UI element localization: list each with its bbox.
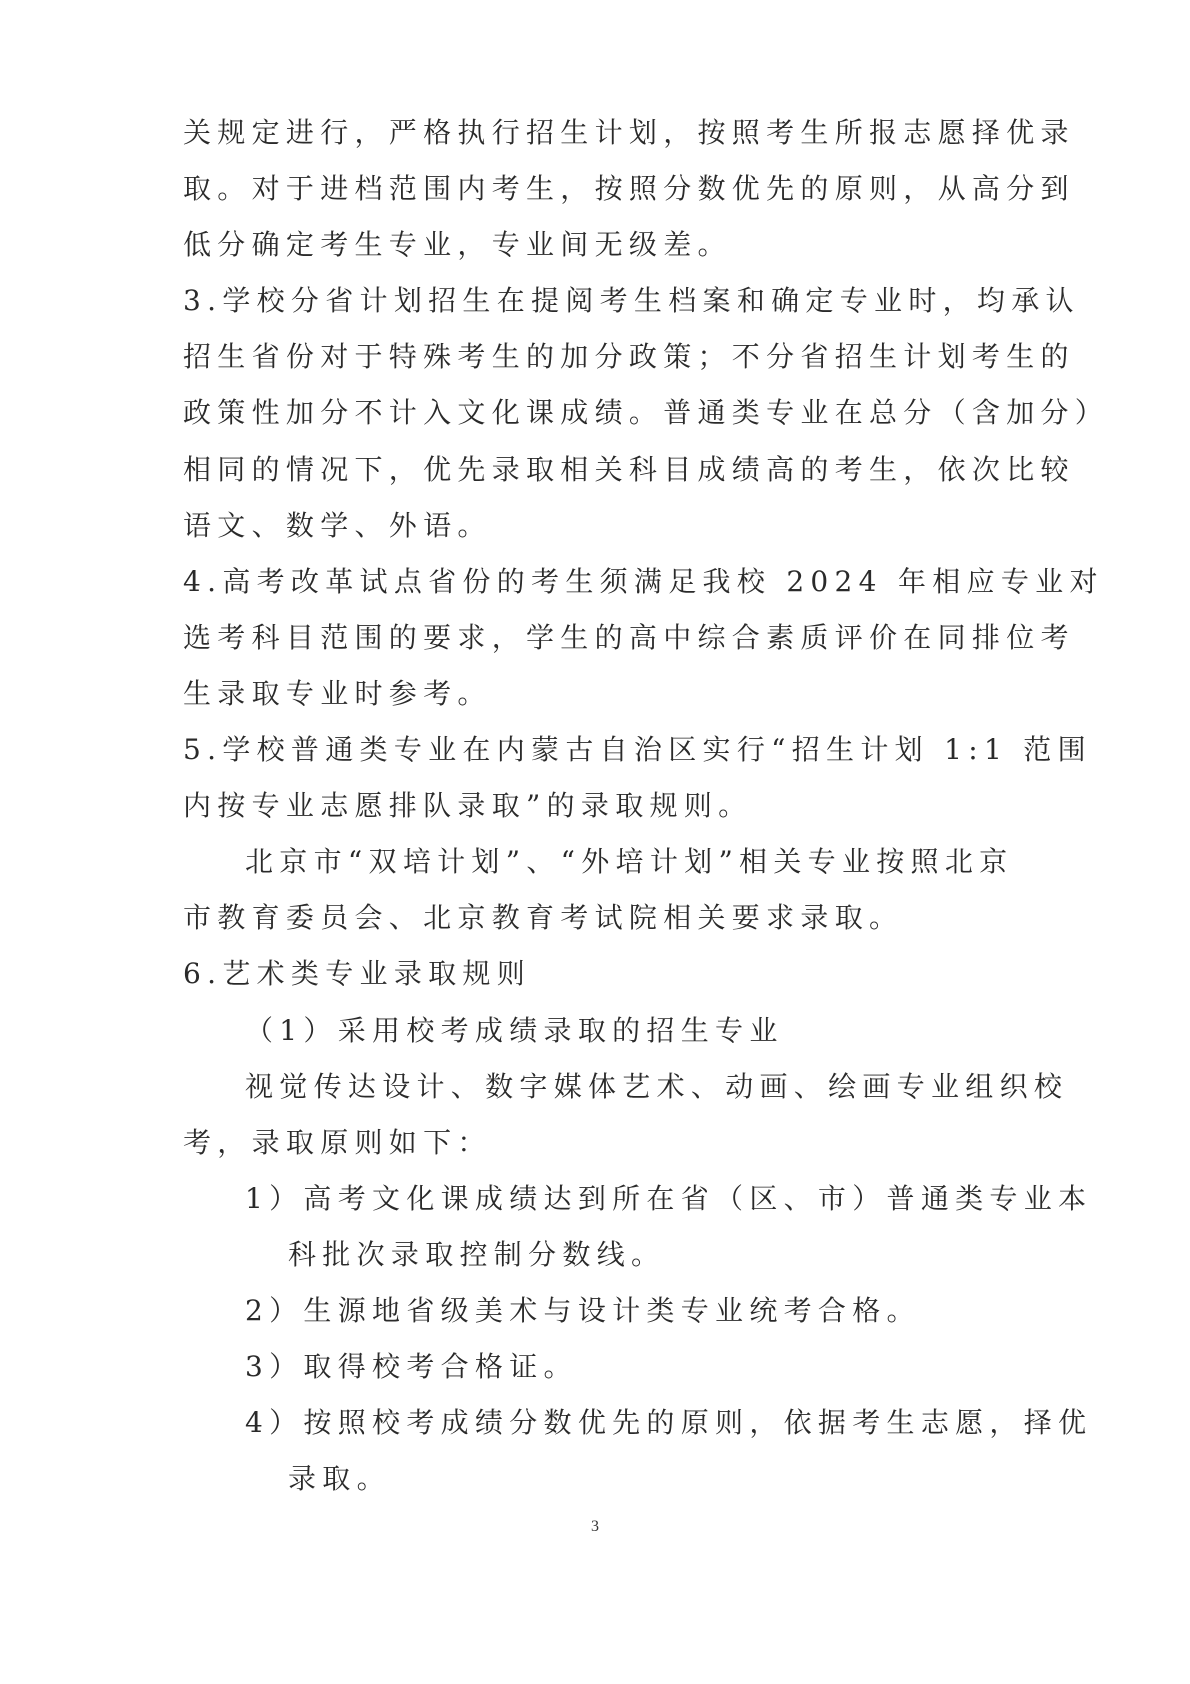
- text-line: 市教育委员会、北京教育考试院相关要求录取。: [183, 890, 1009, 946]
- subsection-1-heading: （1）采用校考成绩录取的招生专业: [183, 1003, 1009, 1059]
- text-line: 取。对于进档范围内考生，按照分数优先的原则，从高分到: [183, 161, 1009, 217]
- text-line: 考，录取原则如下：: [183, 1115, 1009, 1171]
- list-item-2: 2）生源地省级美术与设计类专业统考合格。: [183, 1283, 1009, 1339]
- page-number: 3: [0, 1518, 1190, 1536]
- text-line: 语文、数学、外语。: [183, 498, 1009, 554]
- document-page: 关规定进行，严格执行招生计划，按照考生所报志愿择优录 取。对于进档范围内考生，按…: [0, 0, 1190, 1684]
- text-line: 低分确定考生专业，专业间无级差。: [183, 217, 1009, 273]
- beijing-paragraph-line: 北京市“双培计划”、“外培计划”相关专业按照北京: [183, 834, 1009, 890]
- text-line: 关规定进行，严格执行招生计划，按照考生所报志愿择优录: [183, 105, 1009, 161]
- text-line: 选考科目范围的要求，学生的高中综合素质评价在同排位考: [183, 610, 1009, 666]
- list-item-4-continuation: 录取。: [183, 1451, 1009, 1507]
- list-item-4: 4）按照校考成绩分数优先的原则，依据考生志愿，择优: [183, 1395, 1009, 1451]
- rule-3-line: 3.学校分省计划招生在提阅考生档案和确定专业时，均承认: [183, 273, 1009, 329]
- text-line: 视觉传达设计、数字媒体艺术、动画、绘画专业组织校: [183, 1059, 1009, 1115]
- list-item-1-continuation: 科批次录取控制分数线。: [183, 1227, 1009, 1283]
- text-line: 生录取专业时参考。: [183, 666, 1009, 722]
- text-line: 政策性加分不计入文化课成绩。普通类专业在总分（含加分）: [183, 385, 1009, 441]
- rule-6-heading: 6.艺术类专业录取规则: [183, 946, 1009, 1002]
- list-item-1: 1）高考文化课成绩达到所在省（区、市）普通类专业本: [183, 1171, 1009, 1227]
- text-line: 招生省份对于特殊考生的加分政策；不分省招生计划考生的: [183, 329, 1009, 385]
- list-item-3: 3）取得校考合格证。: [183, 1339, 1009, 1395]
- text-line: 相同的情况下，优先录取相关科目成绩高的考生，依次比较: [183, 442, 1009, 498]
- rule-5-line: 5.学校普通类专业在内蒙古自治区实行“招生计划 1:1 范围: [183, 722, 1009, 778]
- text-line: 内按专业志愿排队录取”的录取规则。: [183, 778, 1009, 834]
- document-body: 关规定进行，严格执行招生计划，按照考生所报志愿择优录 取。对于进档范围内考生，按…: [183, 105, 1009, 1507]
- rule-4-line: 4.高考改革试点省份的考生须满足我校 2024 年相应专业对: [183, 554, 1009, 610]
